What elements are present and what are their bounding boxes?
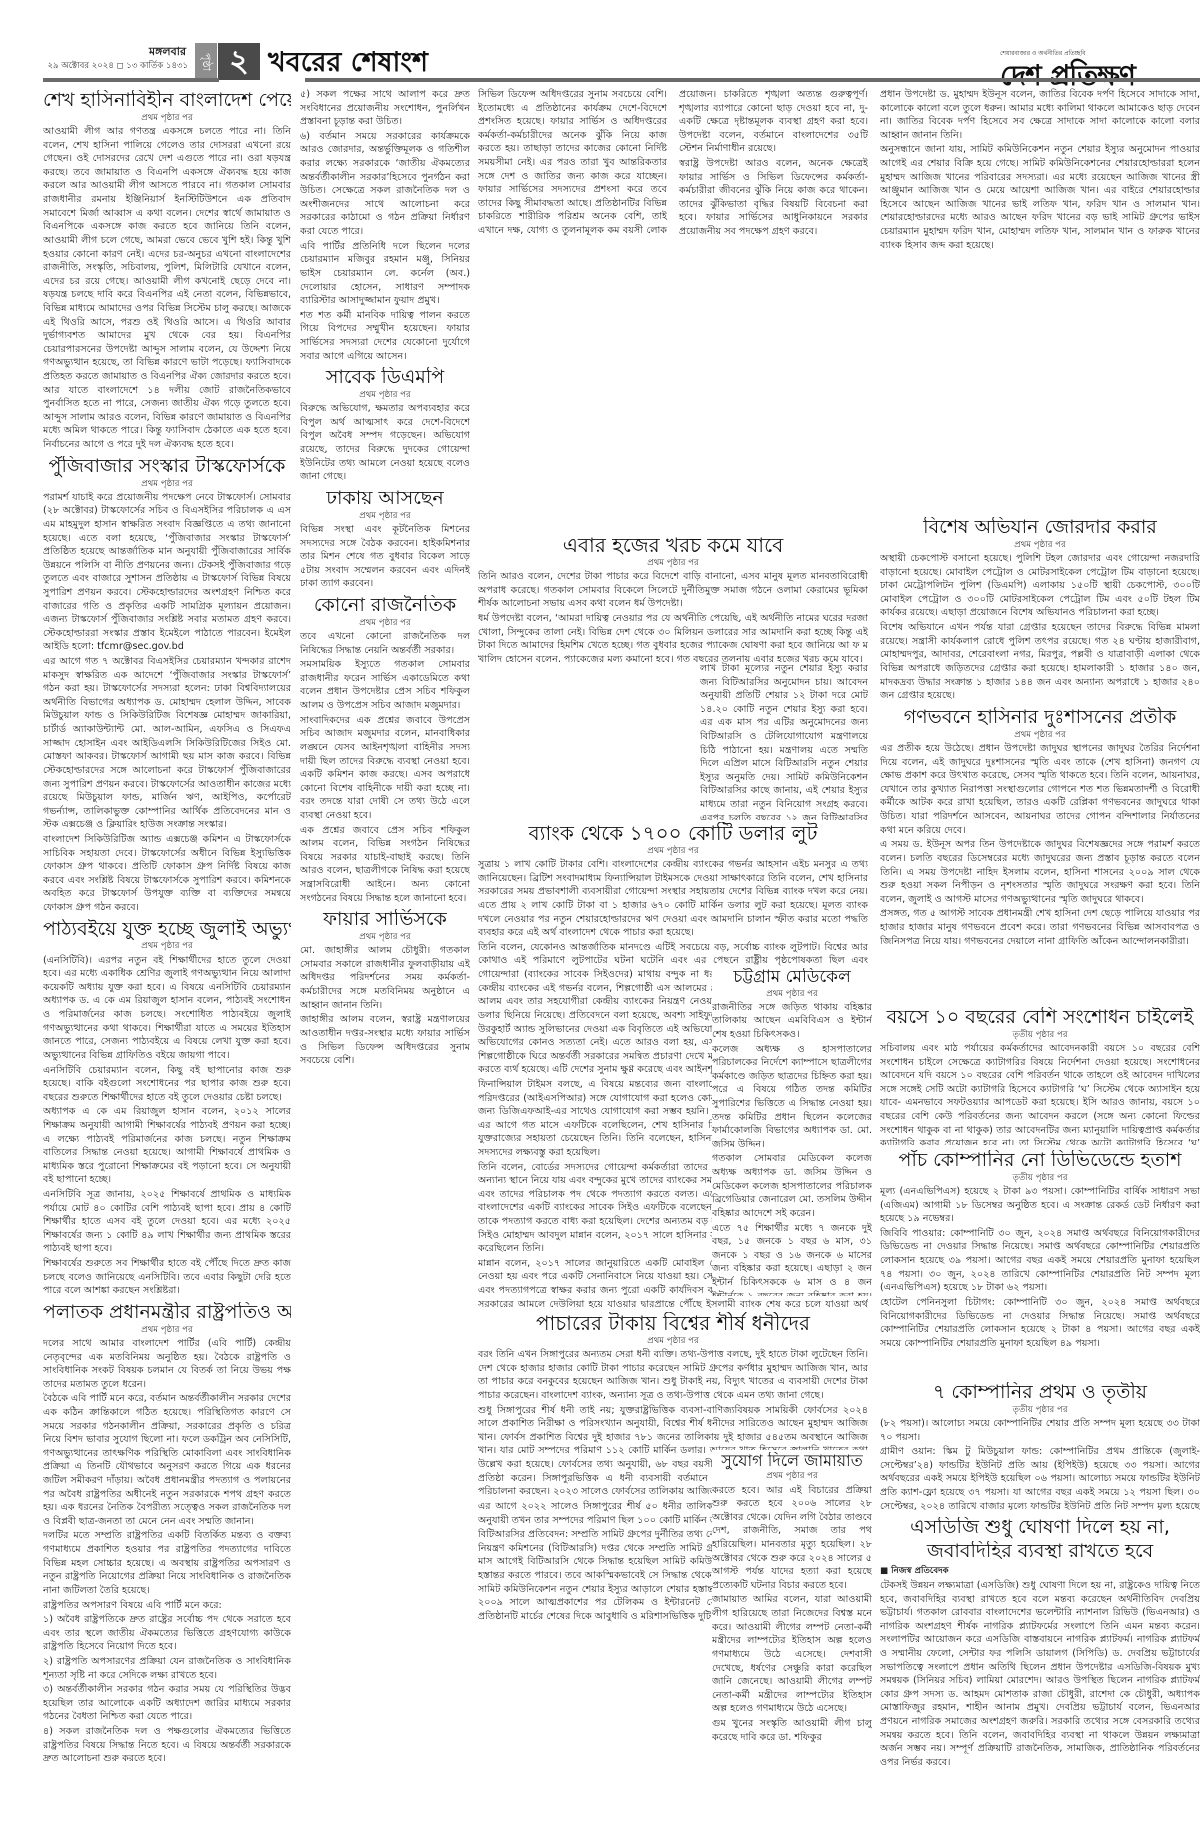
article-no-political: কোনো রাজনৈতিক প্রথম পৃষ্ঠার পর তবে এখনো … xyxy=(300,595,470,905)
paragraph: অধ্যাপক এ কে এম রিয়াজুল হাসান বলেন, ২০১… xyxy=(43,1105,291,1187)
continued-from: প্রথম পৃষ্ঠার পর xyxy=(478,1335,868,1347)
continued-from: প্রথম পৃষ্ঠার পর xyxy=(300,389,470,401)
paragraph: ২) রাষ্ট্রপতি অপসারণের প্রক্রিয়া যেন রা… xyxy=(43,1655,291,1682)
paragraph: ৬) বর্তমান সময়ে সরকারের কার্যক্রমকে আরও… xyxy=(300,130,470,239)
article-punjibazar: পুঁজিবাজার সংস্কার টাস্কফোর্সকে প্রথম পৃ… xyxy=(43,456,291,915)
headline[interactable]: কোনো রাজনৈতিক xyxy=(300,595,470,617)
continued-from: তৃতীয় পৃষ্ঠার পর xyxy=(880,1404,1200,1416)
article-age-correction: বয়সে ১০ বছরের বেশি সংশোধন চাইলেই তৃতীয়… xyxy=(880,1005,1200,1145)
headline-line-2[interactable]: জবাবদিহির ব্যবস্থা রাখতে হবে xyxy=(880,1541,1200,1563)
paragraph: বাংলাদেশ সিকিউরিটিজ অ্যান্ড এক্সচেঞ্জ কম… xyxy=(43,833,291,915)
header-rule-left xyxy=(43,78,219,82)
article-hasina: শেখ হাসিনাবিহীন বাংলাদেশ পেয়েছি, প্রথম … xyxy=(43,90,291,452)
article-no-dividend: পাঁচ কোম্পানির নো ডিভিডেন্ডে হতাশ তৃতীয়… xyxy=(880,1148,1200,1380)
paragraph: এতে ৭৫ শিক্ষার্থীর মধ্যে ৭ জনকে দুই বছর,… xyxy=(712,1222,872,1297)
article-body: তিনি আরও বলেন, দেশের টাকা পাচার করে বিদে… xyxy=(478,570,868,662)
headline[interactable]: সাবেক ডিএমপি xyxy=(300,367,470,389)
header-rule-right xyxy=(305,78,1200,82)
paragraph: অস্থায়ী চেকপোস্ট বসানো হয়েছে। পুলিশি ট… xyxy=(880,552,1200,620)
article-body: এর প্রতীক হয়ে উঠেছে। প্রধান উপদেষ্টা জা… xyxy=(880,742,1200,948)
paragraph: শত শত কর্মী মানবিক দায়িত্ব পালন করতে গি… xyxy=(300,309,470,363)
paragraph: পরামর্শ যাচাই করে প্রয়োজনীয় পদক্ষেপ নে… xyxy=(43,491,291,654)
article-jamaat-chance: সুযোগ দিলে জামায়াত প্রথম পৃষ্ঠার পর করত… xyxy=(712,1450,872,1843)
article-summit-shares: লাখ টাকা মূল্যের নতুন শেয়ার ইস্যু করার … xyxy=(700,662,868,820)
continued-from: প্রথম পৃষ্ঠার পর xyxy=(880,539,1200,551)
article-body: অস্থায়ী চেকপোস্ট বসানো হয়েছে। পুলিশি ট… xyxy=(880,552,1200,700)
paragraph: তবে এখনো কোনো রাজনৈতিক দল নিষিদ্ধের সিদ্… xyxy=(300,630,470,657)
continued-from: প্রথম পৃষ্ঠার পর xyxy=(880,729,1200,741)
paragraph: মূল্য (এনএভিপিএস) হয়েছে ২ টাকা ৯৩ পয়সা… xyxy=(880,1185,1200,1226)
article-body: পরামর্শ যাচাই করে প্রয়োজনীয় পদক্ষেপ নে… xyxy=(43,491,291,915)
headline[interactable]: সুযোগ দিলে জামায়াত xyxy=(712,1452,872,1470)
article-fire-service: ফায়ার সার্ভিসকে প্রথম পৃষ্ঠার পর মো. জা… xyxy=(300,909,470,1068)
paragraph: রাজনীতির সঙ্গে জড়িত থাকায় বহিষ্কার তাল… xyxy=(712,1001,872,1042)
paragraph: এবি পার্টির প্রতিনিধি দলে ছিলেন দলের চেয… xyxy=(300,240,470,308)
paragraph: আওয়ামী লীগ আর গণতন্ত্র একসঙ্গে চলতে পার… xyxy=(43,125,291,452)
headline[interactable]: পুঁজিবাজার সংস্কার টাস্কফোর্সকে xyxy=(43,456,291,478)
article-palatok: পলাতক প্রধানমন্ত্রীর রাষ্ট্রপতিও অবৈধ প্… xyxy=(43,1302,291,1766)
headline[interactable]: এবার হজের খরচ কমে যাবে xyxy=(478,534,868,557)
paragraph: জিবিবি পাওয়ার: কোম্পানিটি ৩০ জুন, ২০২৪ … xyxy=(880,1227,1200,1295)
paragraph: লাখ টাকা মূল্যের নতুন শেয়ার ইস্যু করার … xyxy=(700,662,868,820)
paragraph: শিক্ষাবর্ষের শুরুতে সব শিক্ষার্থীর হাতে … xyxy=(43,1257,291,1298)
paragraph: এর আগে গত ৭ অক্টোবর বিএসইসির চেয়ারম্যান… xyxy=(43,655,291,832)
article-proposals-cont: ৫) সকল পক্ষের সাথে আলাপ করে দ্রুত সংবিধা… xyxy=(300,88,470,363)
continued-from: প্রথম পৃষ্ঠার পর xyxy=(43,112,291,124)
paragraph: কলেজ অধ্যক্ষ ও হাসপাতালের পরিচালকের নির্… xyxy=(712,1043,872,1152)
continued-from: তৃতীয় পৃষ্ঠার পর xyxy=(880,1172,1200,1184)
headline[interactable]: গণভবনে হাসিনার দুঃশাসনের প্রতীক xyxy=(880,707,1200,729)
paragraph: বিভিন্ন সংস্থা এবং কূটনৈতিক মিশনের সদস্য… xyxy=(300,523,470,591)
continued-from: প্রথম পৃষ্ঠার পর xyxy=(300,510,470,522)
paragraph: প্রসঙ্গত, গত ৫ আগস্ট সাবেক প্রধানমন্ত্রী… xyxy=(880,907,1200,948)
headline[interactable]: ব্যাংক থেকে ১৭০০ কোটি ডলার লুট xyxy=(478,822,868,845)
paragraph: করতে হবে। আর এই বিচারের প্রক্রিয়া শুরু … xyxy=(712,1484,872,1593)
continued-from: প্রথম পৃষ্ঠার পর xyxy=(300,617,470,629)
headline[interactable]: চট্টগ্রাম মেডিকেল xyxy=(712,968,872,988)
paragraph: গতকাল সোমবার মেডিকেল কলেজ অধ্যক্ষ অধ্যাপ… xyxy=(712,1152,872,1220)
article-body: মো. জাহাঙ্গীর আলম চৌধুরী। গতকাল সোমবার স… xyxy=(300,944,470,1067)
article-special-drive: বিশেষ অভিযান জোরদার করার প্রথম পৃষ্ঠার প… xyxy=(880,515,1200,700)
paragraph: এনসিটিবি চেয়ারম্যান বলেন, কিছু বই ছাপান… xyxy=(43,1064,291,1105)
paragraph: বৈঠকে এবি পার্টি মনে করে, বর্তমান অন্তর্… xyxy=(43,1392,291,1528)
newspaper-page: মঙ্গলবার ২৯ অক্টোবর ২০২৪ ◻ ১৩ কার্তিক ১৪… xyxy=(0,0,1200,1843)
article-body: দলের সাথে আমার বাংলাদেশ পার্টির (এবি পার… xyxy=(43,1337,291,1766)
column-2: ৫) সকল পক্ষের সাথে আলাপ করে দ্রুত সংবিধা… xyxy=(300,88,470,1843)
continued-from: তৃতীয় পৃষ্ঠার পর xyxy=(880,1029,1200,1041)
article-body: প্রধান উপদেষ্টা ড. মুহাম্মদ ইউনূস বলেন, … xyxy=(880,88,1200,252)
article-body: বিরুদ্ধে অভিযোগ, ক্ষমতার অপব্যবহার করে ব… xyxy=(300,402,470,484)
continued-from: প্রথম পৃষ্ঠার পর xyxy=(478,557,868,569)
article-body: রাজনীতির সঙ্গে জড়িত থাকায় বহিষ্কার তাল… xyxy=(712,1001,872,1296)
paragraph: এর প্রতীক হয়ে উঠেছে। প্রধান উপদেষ্টা জা… xyxy=(880,742,1200,837)
paragraph: গুম খুনের সংস্কৃতি আওয়ামী লীগ চালু করেছ… xyxy=(712,1717,872,1744)
paragraph: সচিবালয় এবং মাঠ পর্যায়ের কর্মকর্তাদের … xyxy=(880,1042,1200,1145)
paragraph: গ্রামীণ ওয়ান: স্কিম টু মিউচুয়াল ফান্ড:… xyxy=(880,1445,1200,1510)
article-body: সচিবালয় এবং মাঠ পর্যায়ের কর্মকর্তাদের … xyxy=(880,1042,1200,1145)
continued-from: প্রথম পৃষ্ঠার পর xyxy=(43,1324,291,1336)
paragraph: অনুসন্ধানে জানা যায়, সামিট কমিউনিকেশন ন… xyxy=(880,143,1200,252)
continued-from: প্রথম পৃষ্ঠার পর xyxy=(478,845,868,857)
headline[interactable]: ঢাকায় আসছেন xyxy=(300,488,470,510)
headline[interactable]: পাঠ্যবইয়ে যুক্ত হচ্ছে জুলাই অভ্যুত্থান xyxy=(43,919,291,941)
paragraph: এ সময় ড. ইউনূস অপর তিন উপদেষ্টাকে জাদুঘ… xyxy=(880,838,1200,906)
paragraph: বিশেষ অভিযানে এখন পর্যন্ত যারা গ্রেপ্তার… xyxy=(880,621,1200,700)
paragraph: এনসিটিবি সূত্র জানায়, ২০২৫ শিক্ষাবর্ষে … xyxy=(43,1188,291,1256)
paragraph: ৩) অন্তর্বর্তীকালীন সরকার গঠন করার সময় … xyxy=(43,1683,291,1724)
headline[interactable]: বিশেষ অভিযান জোরদার করার xyxy=(880,517,1200,539)
article-misrule-symbol: গণভবনে হাসিনার দুঃশাসনের প্রতীক প্রথম পৃ… xyxy=(880,705,1200,1015)
paragraph: সমসাময়িক ইস্যুতে গতকাল সোমবার রাজধানীর … xyxy=(300,658,470,712)
headline-line-1[interactable]: এসডিজি শুধু ঘোষণা দিলে হয় না, xyxy=(880,1517,1200,1539)
paragraph: দলের সাথে আমার বাংলাদেশ পার্টির (এবি পার… xyxy=(43,1337,291,1391)
headline[interactable]: পলাতক প্রধানমন্ত্রীর রাষ্ট্রপতিও অবৈধ xyxy=(43,1302,291,1324)
headline[interactable]: পাচারের টাকায় বিশ্বের শীর্ষ ধনীদের xyxy=(478,1312,868,1335)
article-body: সিভিল ডিফেন্স অধিদপ্তরের সুনাম সবচেয়ে ব… xyxy=(478,88,868,239)
article-dhaka-coming: ঢাকায় আসছেন প্রথম পৃষ্ঠার পর বিভিন্ন সং… xyxy=(300,488,470,591)
article-hajj: এবার হজের খরচ কমে যাবে প্রথম পৃষ্ঠার পর … xyxy=(478,532,868,662)
paragraph: জাহাঙ্গীর আলম বলেন, স্বরাষ্ট্র মন্ত্রণাল… xyxy=(300,1013,470,1067)
article-body: লাখ টাকা মূল্যের নতুন শেয়ার ইস্যু করার … xyxy=(700,662,868,820)
paragraph: স্বরাষ্ট্র উপদেষ্টা আরও বলেন, অনেক ক্ষেত… xyxy=(679,157,868,239)
paragraph: ধর্ম উপদেষ্টা বলেন, ‘আমরা দায়িত্ব নেওয়… xyxy=(478,612,868,662)
paragraph: টেকসই উন্নয়ন লক্ষ্যমাত্রা (এসডিজি) শুধু… xyxy=(880,1579,1200,1770)
paragraph: বিরুদ্ধে অভিযোগ, ক্ষমতার অপব্যবহার করে ব… xyxy=(300,402,470,484)
paragraph: বরং তিনি এখন সিঙ্গাপুরের অন্যতম সেরা ধনী… xyxy=(478,1348,868,1402)
article-body: (এনসিটিবি)। এরপর নতুন বই শিক্ষার্থীদের হ… xyxy=(43,954,291,1298)
paragraph: সাংবাদিকদের এক প্রশ্নের জবাবে উপপ্রেস সচ… xyxy=(300,714,470,823)
section-title: খবরের শেষাংশ xyxy=(268,44,428,82)
article-body: টেকসই উন্নয়ন লক্ষ্যমাত্রা (এসডিজি) শুধু… xyxy=(880,1579,1200,1770)
article-textbook: পাঠ্যবইয়ে যুক্ত হচ্ছে জুলাই অভ্যুত্থান … xyxy=(43,919,291,1298)
continued-from: প্রথম পৃষ্ঠার পর xyxy=(300,931,470,943)
paragraph: (এনসিটিবি)। এরপর নতুন বই শিক্ষার্থীদের হ… xyxy=(43,954,291,1063)
article-civil-defense: সিভিল ডিফেন্স অধিদপ্তরের সুনাম সবচেয়ে ব… xyxy=(478,88,868,528)
byline: ■ নিজস্ব প্রতিবেদক xyxy=(880,1565,1200,1577)
paragraph: সুত্রায় ১ লাখ কোটি টাকার বেশি। বাংলাদেশ… xyxy=(478,858,868,940)
headline[interactable]: বয়সে ১০ বছরের বেশি সংশোধন চাইলেই xyxy=(880,1007,1200,1029)
headline[interactable]: ৭ কোম্পানির প্রথম ও তৃতীয় xyxy=(880,1382,1200,1404)
continued-from: প্রথম পৃষ্ঠার পর xyxy=(43,940,291,952)
paragraph: তিনি আরও বলেন, দেশের টাকা পাচার করে বিদে… xyxy=(478,570,868,611)
weekday: মঙ্গলবার xyxy=(130,44,186,60)
article-ganabhaban-cont: প্রধান উপদেষ্টা ড. মুহাম্মদ ইউনূস বলেন, … xyxy=(880,88,1200,513)
article-ctg-medical: চট্টগ্রাম মেডিকেল প্রথম পৃষ্ঠার পর রাজনী… xyxy=(712,966,872,1296)
paragraph: হোটেল পেনিনসুলা চিটাগং: কোম্পানিটি ৩০ জু… xyxy=(880,1296,1200,1350)
paragraph: প্রধান উপদেষ্টা ড. মুহাম্মদ ইউনূস বলেন, … xyxy=(880,88,1200,142)
masthead: মঙ্গলবার ২৯ অক্টোবর ২০২৪ ◻ ১৩ কার্তিক ১৪… xyxy=(0,0,1200,80)
article-body: বিভিন্ন সংস্থা এবং কূটনৈতিক মিশনের সদস্য… xyxy=(300,523,470,591)
paragraph: এক প্রশ্নের জবাবে প্রেস সচিব শফিকুল আলম … xyxy=(300,824,470,906)
paragraph: ১) অবৈধ রাষ্ট্রপতিকে দ্রুত রাষ্ট্রের সর্… xyxy=(43,1613,291,1654)
paragraph: মো. জাহাঙ্গীর আলম চৌধুরী। গতকাল সোমবার স… xyxy=(300,944,470,1012)
article-body: (৮২ পয়সা)। আলোচ্য সময়ে কোম্পানিটির শেয… xyxy=(880,1417,1200,1510)
paragraph: দলটির মতে সম্প্রতি রাষ্ট্রপতির একটি বিতর… xyxy=(43,1529,291,1597)
issue-date: ২৯ অক্টোবর ২০২৪ ◻ ১৩ কার্তিক ১৪৩১ xyxy=(40,60,188,72)
article-body: তবে এখনো কোনো রাজনৈতিক দল নিষিদ্ধের সিদ্… xyxy=(300,630,470,905)
headline[interactable]: শেখ হাসিনাবিহীন বাংলাদেশ পেয়েছি, xyxy=(43,90,291,112)
article-body: ৫) সকল পক্ষের সাথে আলাপ করে দ্রুত সংবিধা… xyxy=(300,88,470,363)
paragraph: জামায়াত আমির বলেন, যারা আওয়ামী লীগ হার… xyxy=(712,1593,872,1715)
paragraph: (৮২ পয়সা)। আলোচ্য সময়ে কোম্পানিটির শেয… xyxy=(880,1417,1200,1444)
continued-from: প্রথম পৃষ্ঠার পর xyxy=(43,478,291,490)
article-body: করতে হবে। আর এই বিচারের প্রক্রিয়া শুরু … xyxy=(712,1484,872,1745)
article-seven-companies: ৭ কোম্পানির প্রথম ও তৃতীয় তৃতীয় পৃষ্ঠা… xyxy=(880,1380,1200,1510)
headline[interactable]: ফায়ার সার্ভিসকে xyxy=(300,909,470,931)
column-1: শেখ হাসিনাবিহীন বাংলাদেশ পেয়েছি, প্রথম … xyxy=(43,88,291,1843)
article-dmp-former: সাবেক ডিএমপি প্রথম পৃষ্ঠার পর বিরুদ্ধে অ… xyxy=(300,367,470,484)
headline[interactable]: পাঁচ কোম্পানির নো ডিভিডেন্ডে হতাশ xyxy=(880,1150,1200,1172)
page-tag: পৃষ্ঠা xyxy=(195,43,217,80)
article-body: মূল্য (এনএভিপিএস) হয়েছে ২ টাকা ৯৩ পয়সা… xyxy=(880,1185,1200,1350)
continued-from: প্রথম পৃষ্ঠার পর xyxy=(712,1470,872,1482)
article-body: আওয়ামী লীগ আর গণতন্ত্র একসঙ্গে চলতে পার… xyxy=(43,125,291,452)
paragraph: রাষ্ট্রপতির অপসারণ বিষয়ে এবি পার্টি মনে… xyxy=(43,1599,291,1613)
continued-from: প্রথম পৃষ্ঠার পর xyxy=(712,988,872,1000)
paragraph: ৪) সকল রাজনৈতিক দল ও পক্ষগুলোর ঐকমত্যের … xyxy=(43,1725,291,1766)
page-number: ২ xyxy=(218,43,260,80)
paragraph: ৫) সকল পক্ষের সাথে আলাপ করে দ্রুত সংবিধা… xyxy=(300,88,470,129)
article-sdg: এসডিজি শুধু ঘোষণা দিলে হয় না, জবাবদিহির… xyxy=(880,1515,1200,1843)
